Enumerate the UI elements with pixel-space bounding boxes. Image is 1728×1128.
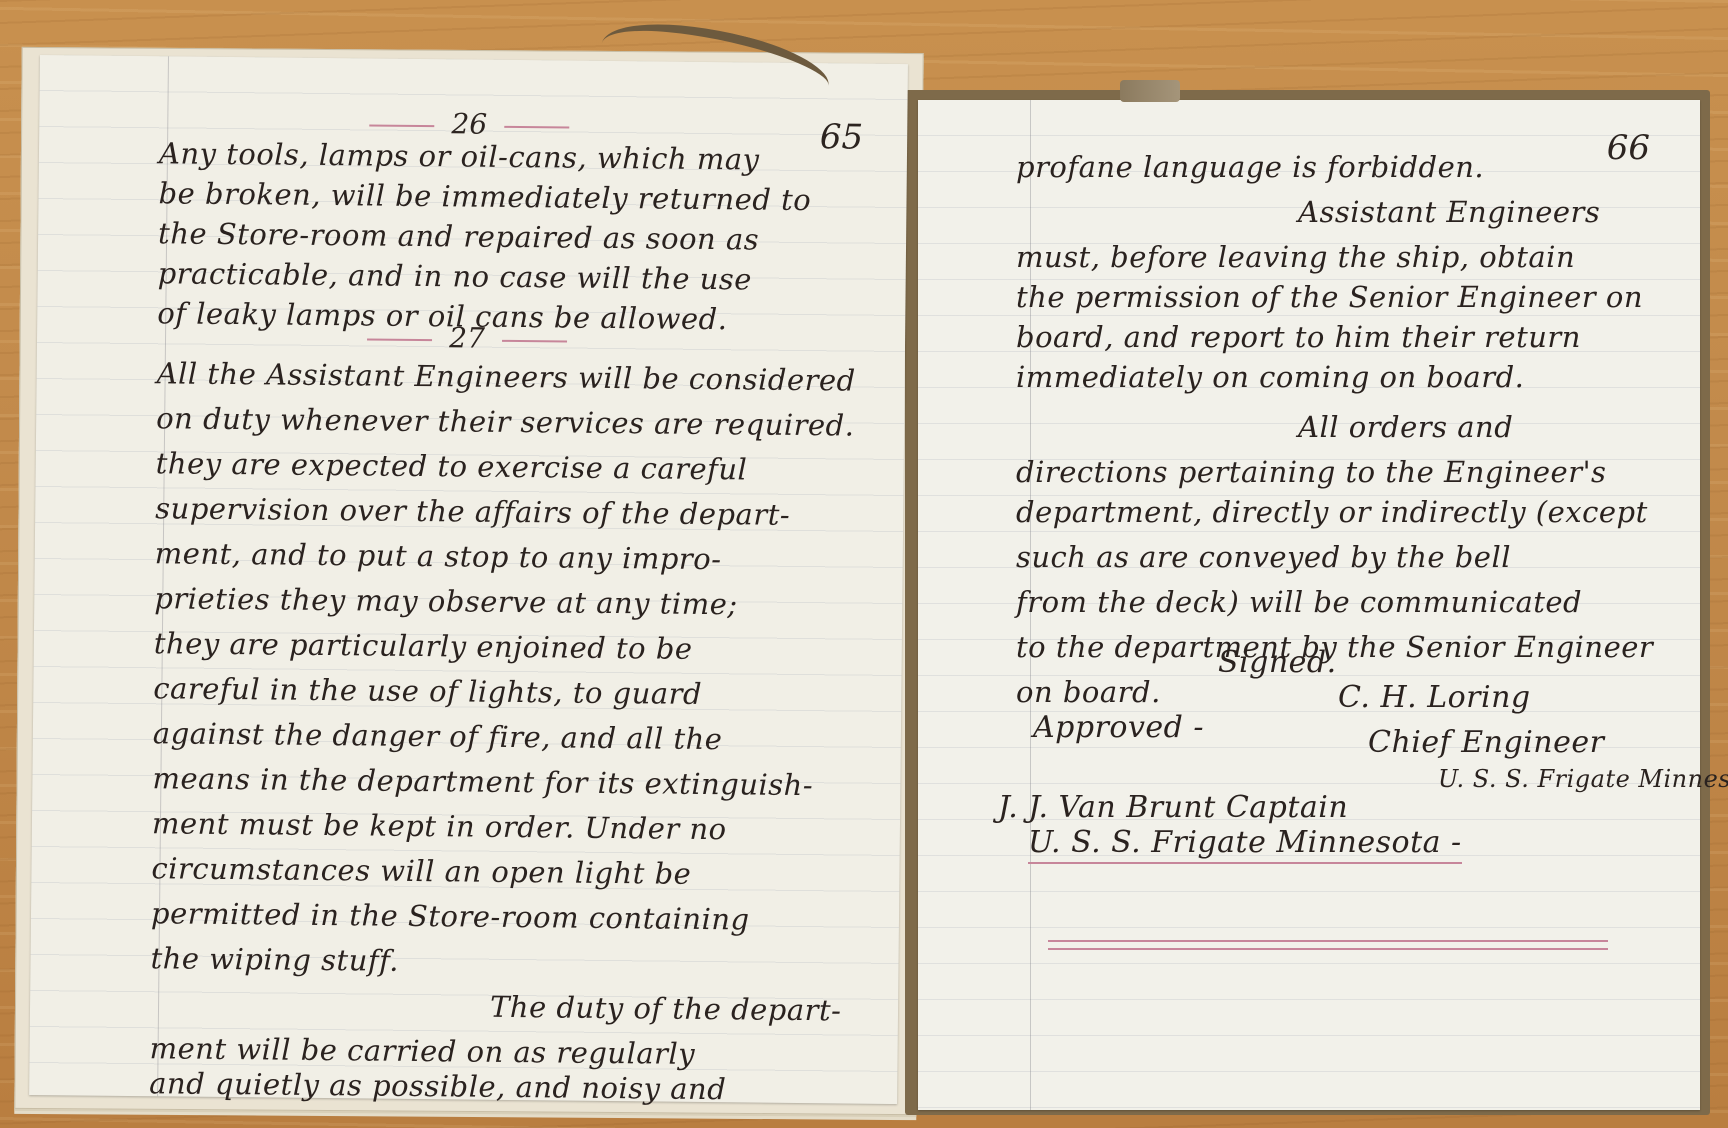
text-line: the permission of the Senior Engineer on <box>1016 280 1643 314</box>
text-line: the Store-room and repaired as soon as <box>158 216 759 256</box>
text-line: against the danger of fire, and all the <box>153 716 723 756</box>
text-line: on duty whenever their services are requ… <box>156 401 855 442</box>
text-line: All the Assistant Engineers will be cons… <box>156 356 855 397</box>
text-line: ment must be kept in order. Under no <box>152 806 727 846</box>
section-number: 27 <box>367 320 567 355</box>
text-line: on board. <box>1016 675 1161 709</box>
approver-ship: U. S. S. Frigate Minnesota - <box>1028 825 1462 864</box>
text-line: they are particularly enjoined to be <box>154 626 693 666</box>
text-line: prieties they may observe at any time; <box>154 581 738 621</box>
text-line: directions pertaining to the Engineer's <box>1016 455 1606 489</box>
text-line: careful in the use of lights, to guard <box>153 671 702 711</box>
section-number: 26 <box>369 106 569 141</box>
text-line: Any tools, lamps or oil-cans, which may <box>159 136 760 176</box>
text-line: the wiping stuff. <box>150 941 399 978</box>
end-double-rule <box>1048 940 1608 950</box>
signer-ship: U. S. S. Frigate Minnesota <box>1438 765 1728 793</box>
text-line: permitted in the Store-room containing <box>151 896 750 936</box>
text-line: be broken, will be immediately returned … <box>158 176 811 217</box>
text-line: practicable, and in no case will the use <box>158 256 753 296</box>
page-number: 65 <box>820 117 864 157</box>
right-page: 66 profane language is forbidden. Assist… <box>918 100 1700 1110</box>
left-page: 65 26 Any tools, lamps or oil-cans, whic… <box>29 55 908 1104</box>
text-line: All orders and <box>1298 410 1513 444</box>
signed-label: Signed. <box>1218 645 1337 680</box>
text-line: ment will be carried on as regularly <box>149 1031 695 1071</box>
signer-name: C. H. Loring <box>1338 680 1531 715</box>
text-line: such as are conveyed by the bell <box>1016 540 1511 574</box>
text-line: board, and report to him their return <box>1016 320 1581 354</box>
text-line: immediately on coming on board. <box>1016 360 1524 394</box>
text-line: The duty of the depart- <box>490 990 842 1028</box>
text-line: Assistant Engineers <box>1298 195 1600 229</box>
text-line: from the deck) will be communicated <box>1016 585 1582 619</box>
text-line: department, directly or indirectly (exce… <box>1016 495 1648 529</box>
text-line: they are expected to exercise a careful <box>156 446 748 486</box>
text-line: must, before leaving the ship, obtain <box>1016 240 1575 274</box>
text-line: and quietly as possible, and noisy and <box>149 1066 726 1106</box>
text-line: supervision over the affairs of the depa… <box>155 491 790 532</box>
text-line: profane language is forbidden. <box>1016 150 1484 184</box>
text-line: ment, and to put a stop to any impro- <box>155 536 722 576</box>
page-number: 66 <box>1607 128 1650 168</box>
text-line: circumstances will an open light be <box>151 851 691 891</box>
approver-name: J. J. Van Brunt Captain <box>998 790 1348 825</box>
bookmark-ribbon-end <box>1120 80 1180 102</box>
signer-title: Chief Engineer <box>1368 725 1604 760</box>
text-line: means in the department for its extingui… <box>152 761 813 802</box>
approved-label: Approved - <box>1033 710 1204 745</box>
